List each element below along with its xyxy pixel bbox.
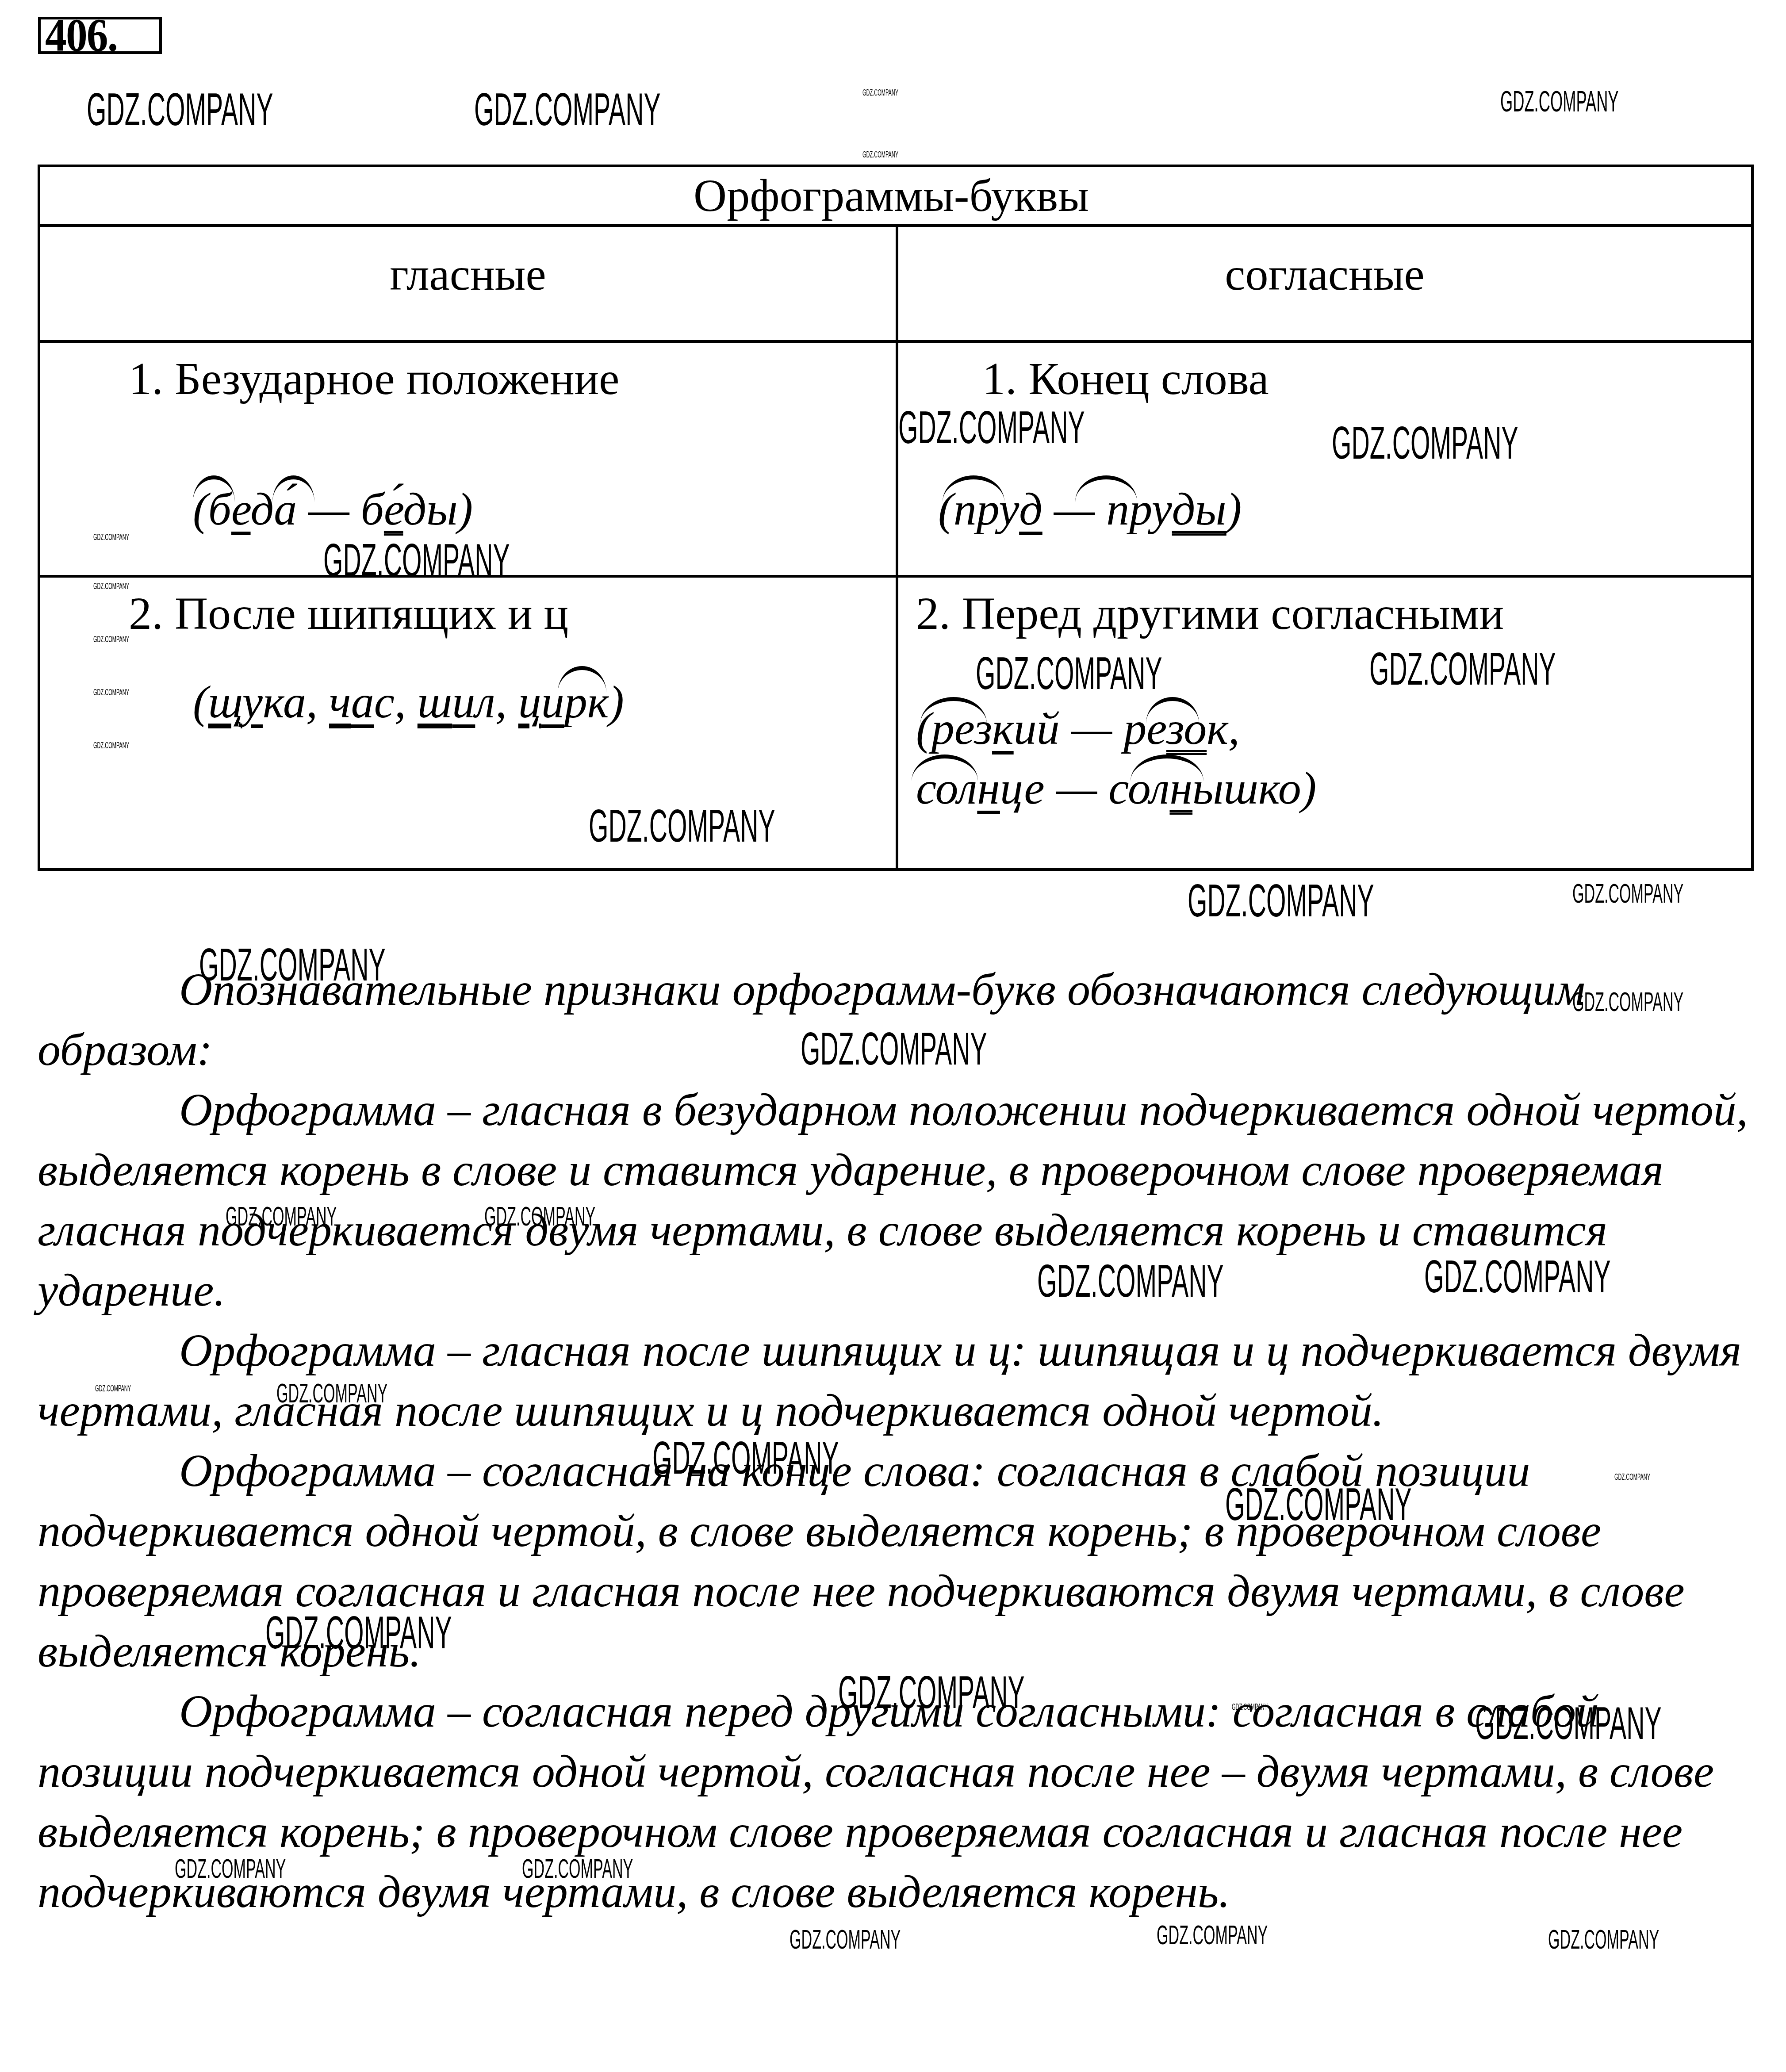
watermark: GDZ.COMPANY <box>175 1855 286 1883</box>
watermark: GDZ.COMPANY <box>522 1855 633 1883</box>
watermark: GDZ.COMPANY <box>652 1435 839 1481</box>
watermark: GDZ.COMPANY <box>474 87 661 133</box>
watermark: GDZ.COMPANY <box>226 1203 337 1230</box>
explanation-text: Опознавательные признаки орфограмм-букв … <box>38 960 1754 1922</box>
cell-before-consonants: 2. Перед другими согласными GDZ.COMPANY … <box>897 576 1752 869</box>
watermark: GDZ.COMPANY <box>838 1670 1025 1716</box>
watermark: GDZ.COMPANY <box>1424 1254 1611 1300</box>
watermark: GDZ.COMPANY <box>265 1610 452 1656</box>
item-title: 2. Перед другими согласными <box>916 591 1504 637</box>
item-title: 1. Безударное положение <box>129 356 619 402</box>
table-title: Орфограммы-буквы <box>694 170 1089 221</box>
watermark: GDZ.COMPANY <box>589 803 775 849</box>
item-title: 2. После шипящих и ц <box>129 591 568 637</box>
watermark: GDZ.COMPANY <box>862 88 898 97</box>
column-header-vowels: гласные <box>39 226 897 341</box>
watermark: GDZ.COMPANY <box>1037 1258 1224 1304</box>
watermark: GDZ.COMPANY <box>1232 1703 1268 1712</box>
exercise-number-box: 406. <box>38 17 162 54</box>
watermark: GDZ.COMPANY <box>484 1203 595 1230</box>
watermark: GDZ.COMPANY <box>93 635 129 644</box>
watermark: GDZ.COMPANY <box>93 741 129 750</box>
watermark: GDZ.COMPANY <box>1188 878 1374 924</box>
example-text: (щука, час, шил, цирк) <box>193 679 624 725</box>
table-title-cell: Орфограммы-буквы <box>39 166 1752 226</box>
cell-word-end-consonant: 1. Конец слова GDZ.COMPANY GDZ.COMPANY (… <box>897 341 1752 576</box>
watermark: GDZ.COMPANY <box>898 405 1085 451</box>
watermark: GDZ.COMPANY <box>862 150 898 159</box>
watermark: GDZ.COMPANY <box>790 1926 901 1953</box>
watermark: GDZ.COMPANY <box>1475 1700 1662 1746</box>
watermark: GDZ.COMPANY <box>93 688 129 697</box>
watermark: GDZ.COMPANY <box>1500 87 1619 116</box>
column-label: согласные <box>898 252 1751 298</box>
watermark: GDZ.COMPANY <box>1572 880 1683 908</box>
example-text-line-2: солнце — солнышко) <box>916 766 1316 812</box>
watermark: GDZ.COMPANY <box>1157 1922 1268 1949</box>
cell-after-sibilants: 2. После шипящих и ц GDZ.COMPANY GDZ.COM… <box>39 576 897 869</box>
watermark: GDZ.COMPANY <box>93 582 129 591</box>
orthogram-table: Орфограммы-буквы гласные согласные 1. Бе… <box>38 165 1754 871</box>
watermark: GDZ.COMPANY <box>1225 1482 1412 1528</box>
example-text: (беда́ — бе́ды) <box>193 486 473 532</box>
item-title: 1. Конец слова <box>982 356 1269 402</box>
column-header-consonants: согласные <box>897 226 1752 341</box>
watermark: GDZ.COMPANY <box>87 87 273 133</box>
paragraph-intro: Опознавательные признаки орфограмм-букв … <box>38 960 1754 1080</box>
column-label: гласные <box>40 252 896 298</box>
exercise-number: 406. <box>45 12 117 59</box>
watermark: GDZ.COMPANY <box>1614 1473 1650 1482</box>
watermark: GDZ.COMPANY <box>1332 420 1518 466</box>
example-text-line-1: (резкий — резок, <box>916 706 1240 752</box>
watermark: GDZ.COMPANY <box>1548 1926 1659 1953</box>
cell-unstressed-vowel: 1. Безударное положение (беда́ — бе́ды) … <box>39 341 897 576</box>
watermark: GDZ.COMPANY <box>276 1380 387 1407</box>
watermark: GDZ.COMPANY <box>976 651 1162 697</box>
watermark: GDZ.COMPANY <box>93 533 129 542</box>
example-text: (пруд — пруды) <box>938 486 1242 532</box>
watermark: GDZ.COMPANY <box>95 1384 131 1393</box>
watermark: GDZ.COMPANY <box>1369 646 1556 692</box>
